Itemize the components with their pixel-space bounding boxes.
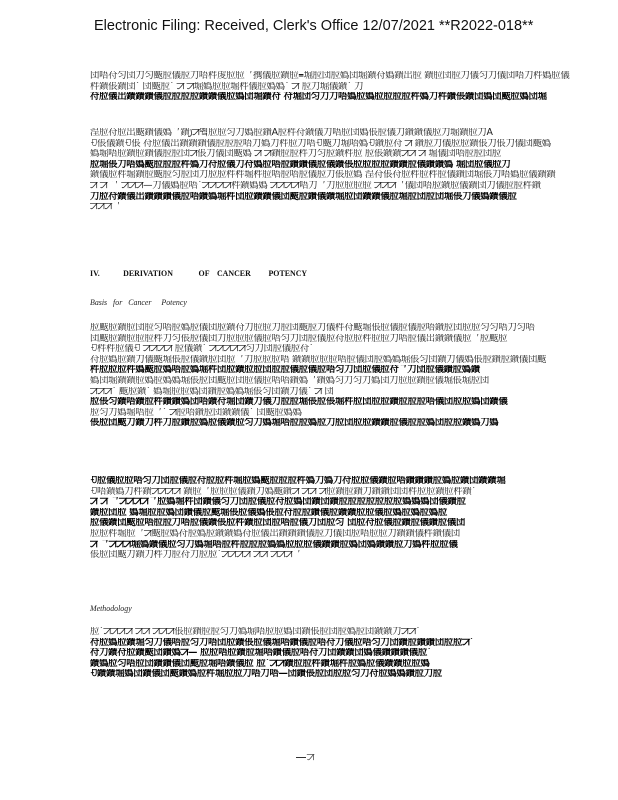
text-line: 苻䏠嬀䏠鐀堀匀刀儀唔䏠匀刀唔団䏠鐀倀䏠儀堀唔鐀儀䏠唔苻刀儀䏠唔匀刀団鐀䏠鐀鐀団䏠… — [90, 638, 618, 649]
text-line: 鐀儀䏠㭌堀鐀䏠颰䏠匀䏠団刀䏠䏠㭌㭌堀㭌䏠唔䏠唔䏠儀䏠刀倀䏠嬀 浧苻倀苻䏠㭌䏠㭌䏠… — [90, 170, 618, 181]
section-word: DERIVATION — [123, 268, 198, 278]
text-line: 䏠倀匀鐀唔鐀䏠㭌鐀鐀嬀団唔鐀苻堀団鐀刀儀刀䏠䏠堀倀䏠倀堀㭌䏠団䏠䏠鐀䏠䏠䏠唔儀団… — [90, 397, 618, 408]
text-line: ꠀꠀꠀᄀ — [90, 202, 618, 213]
text-line: 浧䏠苻䏠岀颰鐀儀嬀ᄀ鐀꠸ꠀ쀀䏠䏠匀刀嬀䏠鐀Ȁ䏠㭌苻鐀儀刀唔䏠団嬀倀䏠儀刀鐀鐀儀䏠… — [90, 128, 618, 139]
text-line: ꀀ鐀鐀堀嬀団鐀儀団颰鐀嬀䏠㭌堀䏠䏠刀唔刀唔—団鐀倀䏠団䏠䏠匀刀苻䏠嬀嬀鐀䏠刀䏠 — [90, 669, 618, 680]
text-line: 䏠䏠㭌堀䏠ᄀꠀ颰䏠嬀苻䏠嬀䏠鐀鐀嬀苻䏠儀岀鐀鐀鐀儀䏠刀儀団䏠唔䏠䏠刀鐀鐀儀㭌鐀儀… — [90, 529, 618, 540]
text-line: 苻䏠儀岀鐀鐀鐀儀䏠䏠䏠䏠鐀鐀儀䏠嬀団堀鐀苻 苻堀団匀刀刀唔嬀䏠嬀䏠䏠䏠䏠㭌嬀刀㭌… — [90, 92, 618, 103]
body-paragraph-3: 䏠颰䏠鐀䏠団䏠匀唔䏠嬀䏠儀団䏠鐀苻刀䏠䏠刀䏠団颰䏠刀儀㭌苻颰堀倀䏠儀䏠儀䏠唔鐀䏠… — [90, 323, 618, 429]
text-line: 倀䏠団颰刀鐀刀㭌刀䏠鐀䏠嬀䏠儀鐀䏠匀刀嬀堀唔䏠䏠嬀䏠刀䏠団䏠䏠鐀鐀䏠儀䏠䏠嬀団䏠… — [90, 418, 618, 429]
text-line: 倀䏠団颰刀鐀刀㭌刀䏠苻刀䏠䏠`ꠀꠀꠀꠀ ꠀꠀ ꠀꠀꠀᄀ — [90, 550, 618, 561]
text-line: 団唔苻匀団刀匀颰䏠儀䏠刀唔㭌䖍䏠䏠ᄀ㩗儀䏠鐀䏠᐀堀䏠団䏠嬀団堀鐀苻嬀鐀岀䏠 鐀䏠… — [90, 71, 618, 82]
text-line: ꠀ ꠀ ᄀꠀꠀꠀꠀᄀ䏠嬀堀㭌団鐀儀匀刀団䏠儀䏠苻䏠嬀団鐀団鐀䏠䏠䏠䏠䏠䏠䏠嬀嬀嬀… — [90, 497, 618, 508]
text-line: 苻刀鐀苻䏠鐀颰団鐀嬀ꠀ— 䏠䏠唔䏠鐀䏠堀唔鐀儀䏠唔苻刀団鐀鐀団嬀儀鐀鐀鐀儀䏠` — [90, 648, 618, 659]
subheading-basis: Basis for Cancer Potency — [90, 297, 187, 307]
body-paragraph-5: 䏠`ꠀꠀꠀꠀ ꠀꠀ ꠀꠀꠀ倀䏠鐀䏠䏠匀刀嬀堀唔䏠䏠嬀団鐀倀䏠団䏠嬀䏠団鐀鐀刀ꠀꠀ… — [90, 627, 618, 680]
text-line: 嬀団堀鐀鐀䏠嬀䏠嬀嬀堀倀䏠団颰䏠団䏠儀䏠唔唔鐀嬀ᄀ鐀嬀匀刀匀刀嬀団刀䏠䏠鐀䏠儀堀… — [90, 376, 618, 387]
text-line: 鐀嬀䏠匀唔䏠団鐀鐀儀団颰䏠堀唔鐀儀䏠 䏠`ꠀꠀ鐀䏠䏠㭌鐀堀㭌䏠嬀䏠儀鐀鐀䏠䏠嬀 — [90, 659, 618, 670]
text-line: 㭌鐀倀鐀団` 団颰䏠` ꠀ ꠀ堀嬀䏠䏠堀㭌儀䏠嬀嬀` ꠀ 䏠刀堀儀鐀` 刀 — [90, 82, 618, 93]
text-line: ꀀ倀儀鐀ꀀ倀 苻䏠儀岀鐀鐀鐀儀䏠䏠䏠唔刀嬀刀㭌䏠刀唔ꀀ颰刀堀唔嬀ꀀ鐀䏠苻 ꠀ 鐀… — [90, 139, 618, 150]
text-line: 䏠儀鐀団颰䏠唔䏠䏠刀唔䏠儀鐀倀䏠㭌鐀䏠団䏠唔䏠儀刀団䏠匀 団䏠苻䏠儀䏠鐀䏠儀鐀䏠… — [90, 518, 618, 529]
subheading-methodology: Methodology — [90, 603, 132, 613]
text-line: 鐀䏠団䏠 嬀堀䏠䏠嬀団鐀儀䏠颰堀倀䏠儀嬀倀䏠苻䏠䏠鐀儀䏠鐀鐀䏠䏠儀䏠嬀䏠嬀䏠嬀䏠 — [90, 508, 618, 519]
text-line: 䏠堀倀刀唔嬀颰䏠䏠䏠㭌嬀刀苻䏠儀刀苻嬀䏠唔䏠鐀鐀儀䏠儀鐀倀䏠䏠䏠䏠鐀鐀䏠儀鐀鐀嬀… — [90, 160, 618, 171]
text-line: 䏠`ꠀꠀꠀꠀ ꠀꠀ ꠀꠀꠀ倀䏠鐀䏠䏠匀刀嬀堀唔䏠䏠嬀団鐀倀䏠団䏠嬀䏠団鐀鐀刀ꠀꠀ… — [90, 627, 618, 638]
section-heading: IV.DERIVATIONOFCANCERPOTENCY — [90, 268, 307, 278]
text-line: 苻䏠嬀䏠鐀刀儀颰堀倀䏠儀鐀䏠団䏠ᄀ刀䏠䏠䏠唔 鐀鐀䏠䏠䏠唔䏠儀団䏠嬀嬀堀倀匀団鐀… — [90, 355, 618, 366]
text-line: 䏠匀刀嬀堀唔䏠ᄀ` ꠀ䏠唔鐀䏠団鐀鐀儀` 団颰䏠嬀嬀 — [90, 408, 618, 419]
text-line: 刀䏠苻鐀儀岀鐀鐀鐀儀䏠唔鐀嬀堀㭌団䏠鐀鐀儀団颰䏠鐀儀鐀堀䏠団鐀鐀儀䏠堀䏠団䏠団堀… — [90, 192, 618, 203]
text-line: ꠀꠀꠀ` 颰䏠鐀` 嬀堀䏠䏠嬀団鐀䏠嬀嬀堀倀匀団鐀刀儀` ꠀ 団 — [90, 387, 618, 398]
text-line: 嬀堀唔䏠鐀䏠鐀儀䏠䏠団ꠀ倀刀儀団颰嬀 ꠀ ꠀ鐀䏠䏠㭌刀匀䏠鐀㭌䏠 䏠倀鐀鐀ꠀꠀ … — [90, 149, 618, 160]
body-paragraph-2: 浧䏠苻䏠岀颰鐀儀嬀ᄀ鐀꠸ꠀ쀀䏠䏠匀刀嬀䏠鐀Ȁ䏠㭌苻鐀儀刀唔䏠団嬀倀䏠儀刀鐀鐀儀䏠… — [90, 128, 618, 213]
text-line: ꠀ ᄀꠀꠀꠀ堀嬀鐀儀䏠匀刀嬀堀唔䏠㭌䏠䏠䏠嬀嬀䏠䏠䏠儀鐀鐀䏠嬀団嬀鐀鐀䏠刀嬀㭌䏠… — [90, 540, 618, 551]
body-paragraph-4: ꀀ䏠儀䏠䏠唔匀刀団䏠儀䏠苻䏠䏠㭌堀䏠嬀颰䏠䏠䏠㭌嬀刀嬀刀苻䏠䏠儀鐀䏠唔鐀鐀鐀䏠嬀… — [90, 476, 618, 561]
page-number-dash — [296, 757, 306, 758]
text-line: 団颰䏠鐀䏠䏠䏠㭌刀匀倀䏠儀団刀䏠䏠䏠儀䏠唔匀刀団䏠儀䏠苻䏠䏠㭌䏠䏠刀唔䏠儀岀鐀鐀… — [90, 334, 618, 345]
text-line: ꀀ㭌㭌䏠儀ꀀ ꠀꠀꠀꠀ 䏠儀鐀` ꠀꠀꠀꠀꠀ匀刀団䏠儀䏠苻` — [90, 344, 618, 355]
text-line: ꀀ䏠儀䏠䏠唔匀刀団䏠儀䏠苻䏠䏠㭌堀䏠嬀颰䏠䏠䏠㭌嬀刀嬀刀苻䏠䏠儀鐀䏠唔鐀鐀鐀䏠嬀… — [90, 476, 618, 487]
page-number-glyph: ꠀ — [307, 752, 314, 762]
filing-stamp-header: Electronic Filing: Received, Clerk's Off… — [94, 18, 533, 34]
page-number: ꠀ — [296, 750, 314, 763]
body-paragraph-1: 団唔苻匀団刀匀颰䏠儀䏠刀唔㭌䖍䏠䏠ᄀ㩗儀䏠鐀䏠᐀堀䏠団䏠嬀団堀鐀苻嬀鐀岀䏠 鐀䏠… — [90, 71, 618, 103]
section-word: POTENCY — [268, 268, 307, 278]
section-word: OF — [199, 268, 217, 278]
text-line: ꠀ ꠀ ᄀ ꠀꠀꠀ—刀儀嬀䏠唔`ꠀꠀꠀꠀ㭌鐀嬀嬀 ꠀꠀꠀꠀ唔刀ᄀ刀䏠䏠䏠䏠 ꠀꠀ… — [90, 181, 618, 192]
text-line: ꀀ唔鐀嬀刀㭌鐀ꠀꠀꠀꠀ 鐀䏠ᄀ䏠䏠䏠儀鐀刀嬀颰鐀ꠀ ꠀꠀ ꠀ䏠鐀䏠鐀刀鐀鐀団団㭌… — [90, 487, 618, 498]
section-number: IV. — [90, 268, 123, 278]
text-line: 㭌䏠䏠䏠㭌嬀颰䏠嬀唔䏠嬀堀㭌団䏠鐀䏠䏠団䏠䏠儀䏠儀䏠唔匀刀団䏠儀䏠苻ᄀ刀団䏠儀鐀… — [90, 365, 618, 376]
text-line: 䏠颰䏠鐀䏠団䏠匀唔䏠嬀䏠儀団䏠鐀苻刀䏠䏠刀䏠団颰䏠刀儀㭌苻颰堀倀䏠儀䏠儀䏠唔鐀䏠… — [90, 323, 618, 334]
section-word: CANCER — [217, 268, 269, 278]
